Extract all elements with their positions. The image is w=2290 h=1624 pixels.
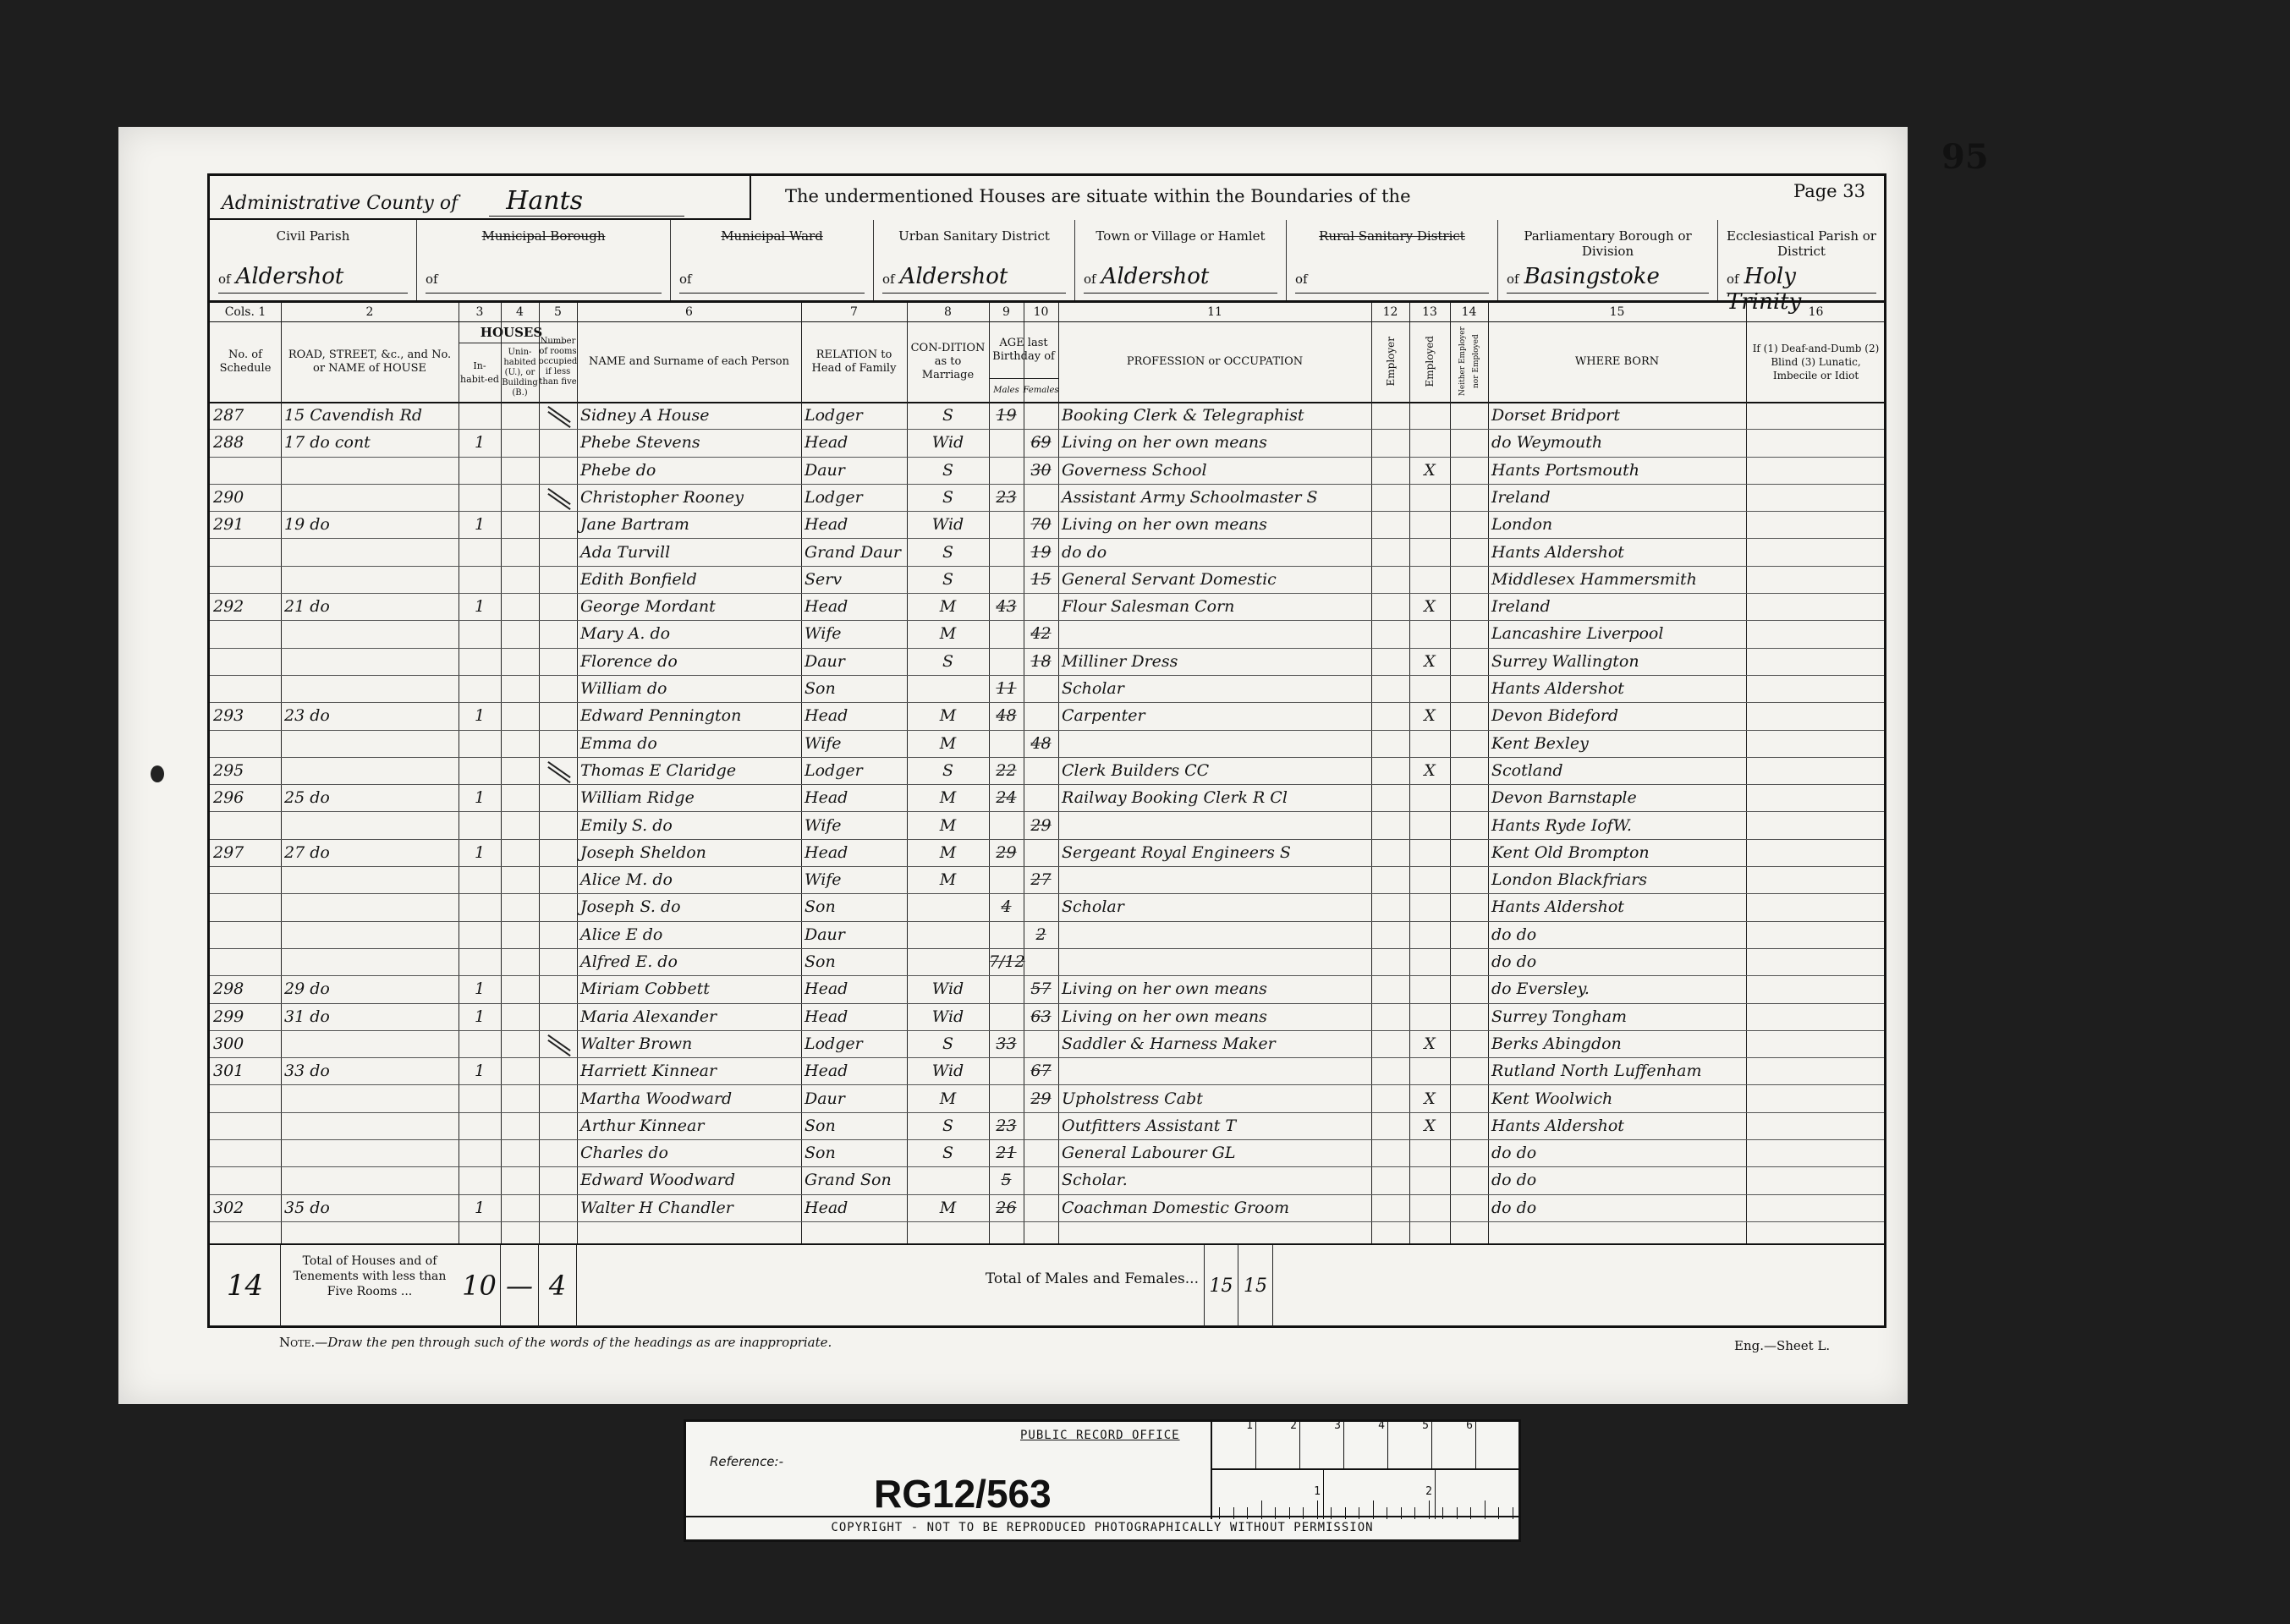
footnote: Note.—Draw the pen through such of the w… — [279, 1335, 832, 1350]
cell-condition: S — [907, 648, 989, 675]
column-number: 16 — [1746, 303, 1886, 321]
cell-name: Jane Bartram — [577, 511, 801, 538]
cell-name: William do — [577, 675, 801, 702]
column-number: Cols. 1 — [210, 303, 281, 321]
cell-female-age — [1024, 757, 1058, 784]
cell-male-age — [989, 1057, 1024, 1084]
cell-relation: Grand Son — [801, 1166, 907, 1193]
cell-schedule: 302 — [210, 1194, 281, 1221]
cell-condition: S — [907, 539, 989, 566]
cell-condition: S — [907, 566, 989, 593]
cell-employed — [1409, 1057, 1450, 1084]
cell-condition — [907, 1166, 989, 1193]
cell-schedule — [210, 648, 281, 675]
table-row: 30235 do1Walter H ChandlerHeadM26Coachma… — [210, 1194, 1884, 1222]
cell-where-born: do do — [1488, 1194, 1746, 1221]
cell-name: Walter Brown — [577, 1030, 801, 1057]
cell-male-age: 5 — [989, 1166, 1024, 1193]
column-number: 7 — [801, 303, 907, 321]
cell-occupation: Scholar. — [1058, 1166, 1371, 1193]
note-text: —Draw the pen through such of the words … — [315, 1335, 832, 1350]
cell-relation: Son — [801, 675, 907, 702]
table-row: Alfred E. doSon7/12do do — [210, 948, 1884, 976]
cell-female-age — [1024, 593, 1058, 620]
cell-schedule: 293 — [210, 702, 281, 729]
cell-condition: S — [907, 1112, 989, 1139]
cell-condition: S — [907, 1139, 989, 1166]
cell-employed: X — [1409, 1030, 1450, 1057]
cell-relation: Lodger — [801, 402, 907, 429]
cell-employed — [1409, 730, 1450, 757]
cell-relation: Wife — [801, 812, 907, 839]
district-label: Town or Village or Hamlet — [1075, 228, 1286, 244]
cell-inhabited: 1 — [459, 511, 501, 538]
record-office-label: PUBLIC RECORD OFFICE Reference:- RG12/56… — [684, 1419, 1521, 1542]
district-2: Municipal Wardof — [671, 220, 874, 300]
cell-where-born: London Blackfriars — [1488, 866, 1746, 893]
cell-schedule — [210, 1139, 281, 1166]
cell-employed — [1409, 1166, 1450, 1193]
header-neither: Neither Employer nor Employed — [1450, 321, 1488, 402]
cell-inhabited — [459, 402, 501, 429]
census-form: Administrative County of Hants The under… — [207, 173, 1886, 1328]
table-row: Joseph S. doSon4ScholarHants Aldershot — [210, 893, 1884, 921]
header-road: ROAD, STREET, &c., and No. or NAME of HO… — [281, 321, 459, 402]
cell-inhabited: 1 — [459, 1003, 501, 1030]
cell-inhabited — [459, 893, 501, 920]
cell-female-age — [1024, 1112, 1058, 1139]
cell-name: William Ridge — [577, 784, 801, 811]
cell-schedule: 299 — [210, 1003, 281, 1030]
cell-occupation — [1058, 921, 1371, 948]
county-label: Administrative County of — [222, 193, 458, 214]
cell-inhabited — [459, 948, 501, 975]
cell-male-age — [989, 620, 1024, 647]
table-row: 29221 do1George MordantHeadM43Flour Sale… — [210, 593, 1884, 621]
cell-condition: S — [907, 457, 989, 484]
cell-road: 35 do — [281, 1194, 459, 1221]
cell-name: Martha Woodward — [577, 1085, 801, 1112]
total-inhabited: 10 — [459, 1245, 501, 1327]
table-row: Ada TurvillGrand DaurS19do doHants Alder… — [210, 539, 1884, 567]
district-6: Parliamentary Borough or DivisionofBasin… — [1498, 220, 1718, 300]
cell-name: Emily S. do — [577, 812, 801, 839]
cell-where-born: Kent Old Brompton — [1488, 839, 1746, 866]
cell-relation: Son — [801, 1112, 907, 1139]
table-row: 29727 do1Joseph SheldonHeadM29Sergeant R… — [210, 839, 1884, 867]
cell-condition: Wid — [907, 429, 989, 456]
cell-road — [281, 1030, 459, 1057]
cell-male-age: 48 — [989, 702, 1024, 729]
cell-employed: X — [1409, 593, 1450, 620]
cell-road — [281, 893, 459, 920]
column-number: 5 — [539, 303, 577, 321]
cell-relation: Head — [801, 1194, 907, 1221]
cell-road — [281, 1085, 459, 1112]
cell-male-age — [989, 648, 1024, 675]
cell-occupation: Living on her own means — [1058, 1003, 1371, 1030]
cell-inhabited — [459, 1139, 501, 1166]
table-row: 300Walter BrownLodgerS33Saddler & Harnes… — [210, 1030, 1884, 1058]
cell-female-age — [1024, 702, 1058, 729]
district-boundaries: Civil ParishofAldershotMunicipal Borough… — [210, 220, 1884, 303]
page-number: Page 33 — [1793, 181, 1865, 201]
cell-occupation: Coachman Domestic Groom — [1058, 1194, 1371, 1221]
table-row: 290Christopher RooneyLodgerS23Assistant … — [210, 484, 1884, 512]
cell-male-age: 22 — [989, 757, 1024, 784]
total-rooms: 4 — [539, 1245, 577, 1327]
cell-inhabited: 1 — [459, 1057, 501, 1084]
column-number: 13 — [1409, 303, 1450, 321]
cell-employed: X — [1409, 1112, 1450, 1139]
cell-where-born: Hants Aldershot — [1488, 675, 1746, 702]
cell-where-born: Devon Barnstaple — [1488, 784, 1746, 811]
cell-relation: Head — [801, 1003, 907, 1030]
cell-road: 15 Cavendish Rd — [281, 402, 459, 429]
column-number: 4 — [501, 303, 539, 321]
cell-road: 27 do — [281, 839, 459, 866]
cell-where-born: Ireland — [1488, 593, 1746, 620]
table-row: 295Thomas E ClaridgeLodgerS22Clerk Build… — [210, 757, 1884, 785]
header-relation: RELATION to Head of Family — [801, 321, 907, 402]
cell-female-age — [1024, 948, 1058, 975]
district-value: of — [1295, 264, 1489, 294]
cell-name: Charles do — [577, 1139, 801, 1166]
cell-employed — [1409, 975, 1450, 1002]
cell-inhabited — [459, 566, 501, 593]
cell-name: Ada Turvill — [577, 539, 801, 566]
district-label: Municipal Borough — [417, 228, 670, 244]
cell-relation: Serv — [801, 566, 907, 593]
cell-relation: Head — [801, 511, 907, 538]
cell-inhabited: 1 — [459, 1194, 501, 1221]
district-4: Town or Village or HamletofAldershot — [1075, 220, 1287, 300]
cell-road — [281, 948, 459, 975]
cell-road: 21 do — [281, 593, 459, 620]
table-row: 29931 do1Maria AlexanderHeadWid63Living … — [210, 1003, 1884, 1031]
cell-condition: Wid — [907, 1003, 989, 1030]
cell-occupation: General Servant Domestic — [1058, 566, 1371, 593]
cell-schedule — [210, 566, 281, 593]
cell-female-age — [1024, 784, 1058, 811]
cell-inhabited — [459, 921, 501, 948]
cell-relation: Head — [801, 593, 907, 620]
cell-inhabited — [459, 812, 501, 839]
cell-name: Emma do — [577, 730, 801, 757]
column-headers: No. of Schedule ROAD, STREET, &c., and N… — [210, 321, 1884, 403]
cell-employed — [1409, 893, 1450, 920]
cell-occupation: Flour Salesman Corn — [1058, 593, 1371, 620]
totals-row: 14 Total of Houses and of Tenements with… — [210, 1243, 1884, 1327]
cell-employed — [1409, 1139, 1450, 1166]
cell-male-age — [989, 566, 1024, 593]
cell-inhabited — [459, 620, 501, 647]
cell-where-born: do do — [1488, 1139, 1746, 1166]
cell-where-born: Devon Bideford — [1488, 702, 1746, 729]
cell-schedule: 287 — [210, 402, 281, 429]
cell-relation: Wife — [801, 730, 907, 757]
cell-schedule — [210, 866, 281, 893]
cell-inhabited — [459, 539, 501, 566]
cell-where-born: do Weymouth — [1488, 429, 1746, 456]
table-row: Arthur KinnearSonS23Outfitters Assistant… — [210, 1112, 1884, 1140]
table-row: 29625 do1William RidgeHeadM24Railway Boo… — [210, 784, 1884, 812]
cell-relation: Daur — [801, 648, 907, 675]
column-number: 15 — [1488, 303, 1746, 321]
cell-name: Florence do — [577, 648, 801, 675]
cell-occupation: Outfitters Assistant T — [1058, 1112, 1371, 1139]
cell-occupation: Clerk Builders CC — [1058, 757, 1371, 784]
cell-schedule: 300 — [210, 1030, 281, 1057]
district-label: Rural Sanitary District — [1287, 228, 1497, 244]
cm-mark: 5 — [1388, 1419, 1432, 1468]
cell-road — [281, 921, 459, 948]
cell-female-age — [1024, 1139, 1058, 1166]
cell-where-born: Middlesex Hammersmith — [1488, 566, 1746, 593]
header-where-born: WHERE BORN — [1488, 321, 1746, 402]
cell-road — [281, 757, 459, 784]
cell-occupation: Living on her own means — [1058, 975, 1371, 1002]
cell-employed — [1409, 1194, 1450, 1221]
cell-schedule: 291 — [210, 511, 281, 538]
cell-inhabited — [459, 730, 501, 757]
header-males: Males — [989, 379, 1024, 402]
cell-condition: M — [907, 812, 989, 839]
cell-schedule: 288 — [210, 429, 281, 456]
column-number: 10 — [1024, 303, 1058, 321]
table-row: Alice M. doWifeM27London Blackfriars — [210, 866, 1884, 894]
cell-relation: Lodger — [801, 484, 907, 511]
cell-employed — [1409, 675, 1450, 702]
cell-employed: X — [1409, 1085, 1450, 1112]
cell-inhabited — [459, 866, 501, 893]
cell-occupation: Milliner Dress — [1058, 648, 1371, 675]
total-males: 15 — [1204, 1245, 1238, 1327]
header-females: Females — [1024, 379, 1058, 402]
cell-where-born: Kent Bexley — [1488, 730, 1746, 757]
cell-condition — [907, 675, 989, 702]
header-uninhabited: Unin-habited (U.), or Building (B.) — [501, 343, 539, 402]
cell-occupation — [1058, 1057, 1371, 1084]
cell-inhabited — [459, 484, 501, 511]
cell-female-age: 69 — [1024, 429, 1058, 456]
cell-occupation: Sergeant Royal Engineers S — [1058, 839, 1371, 866]
table-row: 29323 do1Edward PenningtonHeadM48Carpent… — [210, 702, 1884, 730]
table-row: Martha WoodwardDaurM29Upholstress CabtXK… — [210, 1085, 1884, 1113]
cell-road — [281, 1112, 459, 1139]
table-row: Edith BonfieldServS15General Servant Dom… — [210, 566, 1884, 594]
cell-female-age — [1024, 893, 1058, 920]
cell-road — [281, 566, 459, 593]
cell-where-born: Hants Aldershot — [1488, 893, 1746, 920]
total-males-females-label: Total of Males and Females... — [734, 1270, 1204, 1287]
cell-name: Joseph Sheldon — [577, 839, 801, 866]
cell-name: Thomas E Claridge — [577, 757, 801, 784]
district-value: ofAldershot — [1084, 264, 1277, 294]
district-label: Civil Parish — [210, 228, 416, 244]
cell-schedule: 290 — [210, 484, 281, 511]
cell-male-age: 7/12 — [989, 948, 1024, 975]
cm-mark: 3 — [1300, 1419, 1344, 1468]
cell-schedule — [210, 1085, 281, 1112]
cell-occupation: Scholar — [1058, 893, 1371, 920]
table-row: 30133 do1Harriett KinnearHeadWid67Rutlan… — [210, 1057, 1884, 1085]
header-occupation: PROFESSION or OCCUPATION — [1058, 321, 1371, 402]
cell-where-born: Lancashire Liverpool — [1488, 620, 1746, 647]
cell-schedule — [210, 730, 281, 757]
cell-where-born: Ireland — [1488, 484, 1746, 511]
cell-road — [281, 539, 459, 566]
cell-condition: S — [907, 757, 989, 784]
cell-relation: Wife — [801, 866, 907, 893]
cell-male-age — [989, 812, 1024, 839]
district-value: of — [426, 264, 662, 294]
cell-road — [281, 648, 459, 675]
cell-inhabited — [459, 757, 501, 784]
cell-employed: X — [1409, 757, 1450, 784]
cell-female-age — [1024, 402, 1058, 429]
district-label: Urban Sanitary District — [874, 228, 1074, 244]
cell-male-age: 23 — [989, 484, 1024, 511]
cell-occupation — [1058, 866, 1371, 893]
cell-road: 33 do — [281, 1057, 459, 1084]
reference-number: RG12/563 — [874, 1471, 1052, 1517]
total-houses-label: Total of Houses and of Tenements with le… — [281, 1254, 459, 1299]
header-rooms: Number of rooms occupied if less than fi… — [539, 321, 577, 402]
cell-female-age: 70 — [1024, 511, 1058, 538]
cell-employed — [1409, 484, 1450, 511]
cell-name: Mary A. do — [577, 620, 801, 647]
cell-employed — [1409, 429, 1450, 456]
cell-occupation: Upholstress Cabt — [1058, 1085, 1371, 1112]
cell-male-age — [989, 1003, 1024, 1030]
district-label: Parliamentary Borough or Division — [1498, 228, 1717, 259]
table-row: Emily S. doWifeM29Hants Ryde IofW. — [210, 812, 1884, 840]
table-row: Mary A. doWifeM42Lancashire Liverpool — [210, 620, 1884, 648]
table-row: 28817 do cont1Phebe StevensHeadWid69Livi… — [210, 429, 1884, 457]
cell-occupation: Carpenter — [1058, 702, 1371, 729]
cell-female-age: 29 — [1024, 1085, 1058, 1112]
cell-where-born: Hants Aldershot — [1488, 1112, 1746, 1139]
table-row: Alice E doDaur2do do — [210, 921, 1884, 949]
cell-occupation — [1058, 812, 1371, 839]
copyright-notice: COPYRIGHT - NOT TO BE REPRODUCED PHOTOGR… — [686, 1516, 1518, 1539]
column-number: 6 — [577, 303, 801, 321]
cell-where-born: do do — [1488, 921, 1746, 948]
cell-relation: Head — [801, 839, 907, 866]
cell-inhabited — [459, 1030, 501, 1057]
header-condition: CON-DITION as to Marriage — [907, 321, 989, 402]
cell-schedule — [210, 893, 281, 920]
cell-employed — [1409, 839, 1450, 866]
header-infirmity: If (1) Deaf-and-Dumb (2) Blind (3) Lunat… — [1746, 321, 1886, 402]
cell-inhabited — [459, 1112, 501, 1139]
cell-schedule — [210, 457, 281, 484]
cell-schedule — [210, 620, 281, 647]
cell-occupation: Railway Booking Clerk R Cl — [1058, 784, 1371, 811]
cell-occupation — [1058, 730, 1371, 757]
cell-schedule: 301 — [210, 1057, 281, 1084]
cell-male-age — [989, 539, 1024, 566]
cell-female-age — [1024, 1030, 1058, 1057]
cell-name: Walter H Chandler — [577, 1194, 801, 1221]
column-number: 2 — [281, 303, 459, 321]
cell-female-age — [1024, 839, 1058, 866]
cell-relation: Daur — [801, 921, 907, 948]
cell-condition: Wid — [907, 975, 989, 1002]
cell-male-age: 21 — [989, 1139, 1024, 1166]
cell-road — [281, 484, 459, 511]
cell-condition: M — [907, 784, 989, 811]
cell-condition — [907, 921, 989, 948]
cell-occupation: Governess School — [1058, 457, 1371, 484]
cell-male-age: 11 — [989, 675, 1024, 702]
cell-male-age: 4 — [989, 893, 1024, 920]
cell-employed — [1409, 866, 1450, 893]
cell-where-born: do do — [1488, 1166, 1746, 1193]
cell-inhabited — [459, 1166, 501, 1193]
cell-schedule: 296 — [210, 784, 281, 811]
record-office-name: PUBLIC RECORD OFFICE — [1020, 1429, 1180, 1442]
cell-where-born: Hants Portsmouth — [1488, 457, 1746, 484]
cell-employed — [1409, 1003, 1450, 1030]
cell-where-born: Berks Abingdon — [1488, 1030, 1746, 1057]
cell-employed — [1409, 948, 1450, 975]
cell-relation: Head — [801, 784, 907, 811]
cell-employed — [1409, 511, 1450, 538]
cell-condition: Wid — [907, 511, 989, 538]
cell-inhabited — [459, 457, 501, 484]
cell-occupation: Living on her own means — [1058, 429, 1371, 456]
district-value: ofBasingstoke — [1507, 264, 1709, 294]
cell-relation: Head — [801, 975, 907, 1002]
district-7: Ecclesiastical Parish or DistrictofHoly … — [1718, 220, 1885, 300]
cell-condition: M — [907, 839, 989, 866]
table-row: Edward WoodwardGrand Son5Scholar.do do — [210, 1166, 1884, 1194]
cell-name: Edward Pennington — [577, 702, 801, 729]
district-label: Ecclesiastical Parish or District — [1718, 228, 1885, 259]
cell-name: Edith Bonfield — [577, 566, 801, 593]
rooms-tally-mark — [542, 487, 573, 511]
cell-employed — [1409, 539, 1450, 566]
cell-relation: Son — [801, 948, 907, 975]
inch-mark: 2 — [1324, 1470, 1436, 1519]
rooms-tally-mark — [542, 760, 573, 784]
cell-schedule: 292 — [210, 593, 281, 620]
column-number: 14 — [1450, 303, 1488, 321]
cell-male-age — [989, 730, 1024, 757]
cell-name: Phebe Stevens — [577, 429, 801, 456]
total-schedules: 14 — [210, 1245, 281, 1327]
cell-relation: Son — [801, 893, 907, 920]
cell-male-age: 19 — [989, 402, 1024, 429]
folio-number: 95 — [1941, 137, 1989, 177]
cell-employed — [1409, 784, 1450, 811]
cell-female-age — [1024, 675, 1058, 702]
cell-name: George Mordant — [577, 593, 801, 620]
cell-road — [281, 1166, 459, 1193]
cell-condition: M — [907, 866, 989, 893]
cell-name: Edward Woodward — [577, 1166, 801, 1193]
cell-relation: Wife — [801, 620, 907, 647]
cell-condition — [907, 948, 989, 975]
header-inhabited: In-habit-ed — [459, 343, 501, 402]
cell-schedule — [210, 539, 281, 566]
cell-schedule — [210, 675, 281, 702]
district-1: Municipal Boroughof — [417, 220, 671, 300]
cell-condition: M — [907, 730, 989, 757]
table-row: 29829 do1Miriam CobbettHeadWid57Living o… — [210, 975, 1884, 1003]
